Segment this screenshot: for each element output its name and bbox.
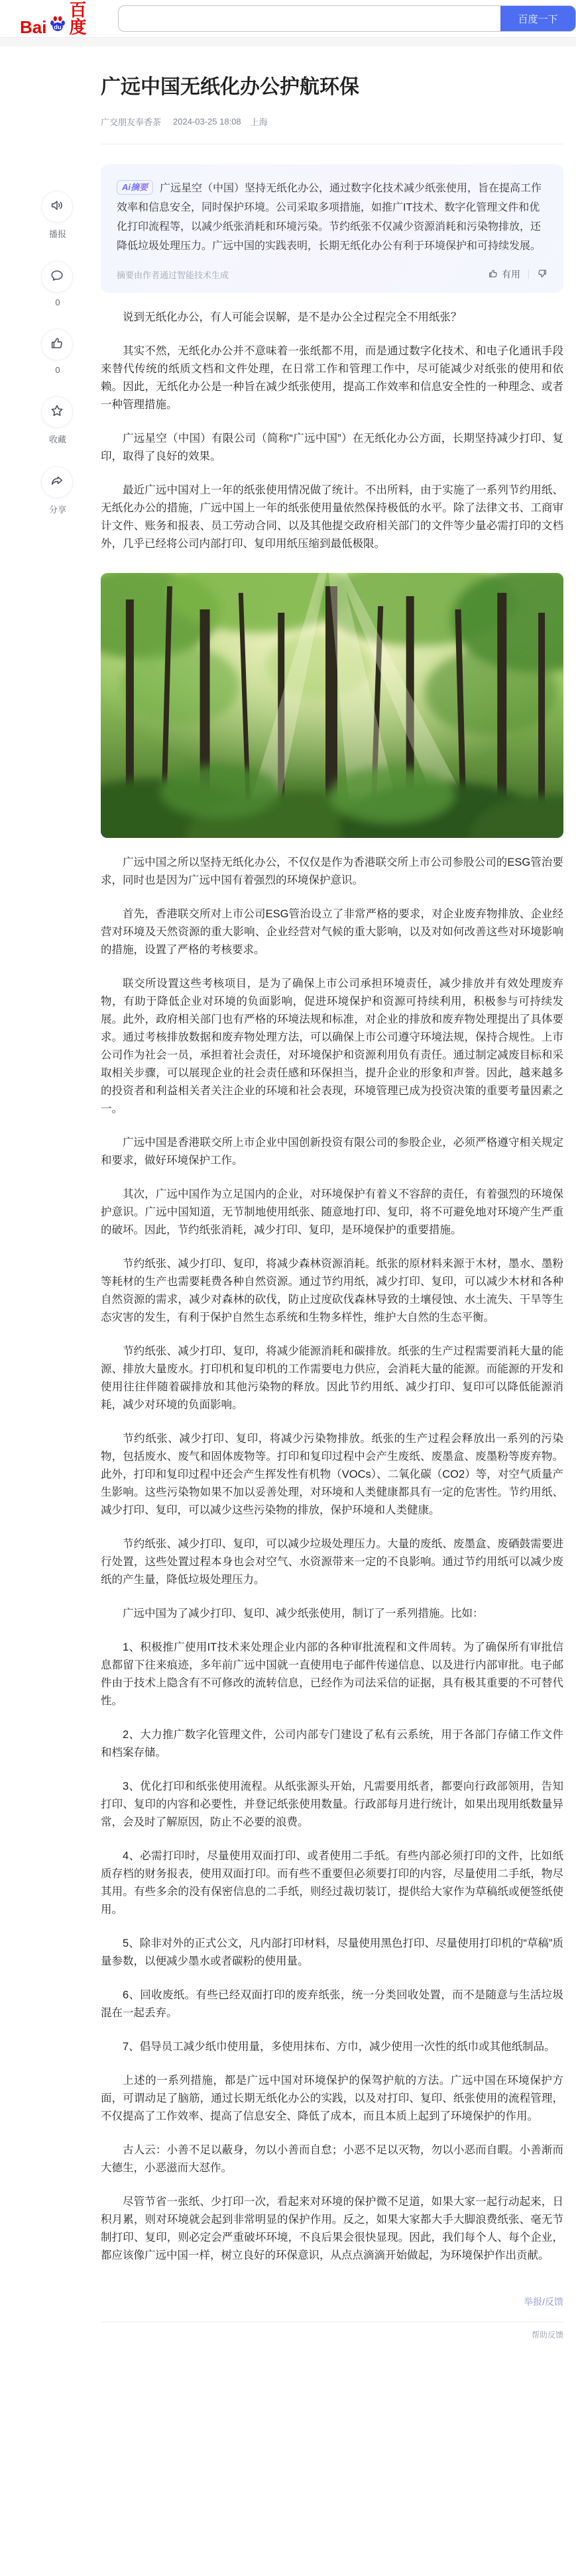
comment-button[interactable] [41,261,73,293]
article-paragraph: 广远中国之所以坚持无纸化办公，不仅仅是作为香港联交所上市公司参股公司的ESG管治… [101,854,563,890]
thumbs-up-small-icon [488,268,498,281]
article-paragraph: 联交所设置这些考核项目，是为了确保上市公司承担环境责任，减少排放并有效处理废弃物… [101,975,563,1118]
paragraphs-after-image: 广远中国之所以坚持无纸化办公，不仅仅是作为香港联交所上市公司参股公司的ESG管治… [101,854,563,2265]
baidu-logo-cn: 百度 [69,1,102,36]
article-paragraph: 上述的一系列措施，都是广远中国对环境保护的保驾护航的方法。广远中国在环境保护方面… [101,2072,563,2126]
action-share: 分享 [41,466,74,515]
feedback-separator [528,270,529,279]
article-paragraph: 尽管节省一张纸、少打印一次，看起来对环境的保护微不足道，如果大家一起行动起来，日… [101,2193,563,2265]
title-divider [101,144,563,144]
action-broadcast: 播报 [41,191,74,240]
share-button[interactable] [41,466,73,498]
share-icon [50,474,64,491]
action-comment: 0 [41,261,74,307]
forest-photo [101,573,563,838]
article-paragraph: 广远星空（中国）有限公司（简称“广远中国”）在无纸化办公方面，长期坚持减少打印、… [101,430,563,466]
baidu-logo-bai: Bai [20,19,46,36]
article-paragraph: 古人云：小善不足以蔽身，勿以小善而自怠；小恶不足以灭物，勿以小恶而自暇。小善渐而… [101,2141,563,2177]
article-paragraph: 1、积极推广使用IT技术来处理企业内部的各种审批流程和文件周转。为了确保所有审批… [101,1639,563,1710]
baidu-paw-icon: du [46,14,69,36]
help-feedback-link[interactable]: 帮助反馈 [532,2330,563,2340]
search-button[interactable]: 百度一下 [500,6,575,31]
ai-summary-feedback: 有用 [488,268,547,281]
speaker-icon [50,198,64,216]
article-title: 广远中国无纸化办公护航环保 [101,46,563,101]
comment-count: 0 [41,297,74,307]
paragraphs-before-image: 说到无纸化办公，有人可能会误解，是不是办公全过程完全不用纸张？其实不然，无纸化办… [101,309,563,553]
article-paragraph: 节约纸张、减少打印、复印，将减少能源消耗和碳排放。纸张的生产过程需要消耗大量的能… [101,1343,563,1414]
article-paragraph: 3、优化打印和纸张使用流程。从纸张源头开始，凡需要用纸者，都要向行政部领用，告知… [101,1778,563,1831]
ai-summary-text: 广远星空（中国）坚持无纸化办公，通过数字化技术减少纸张使用，旨在提高工作效率和信… [117,183,542,252]
page: Bai du 百度 百度一下 [0,0,576,2350]
article-action-bar: 播报 0 0 [41,191,74,537]
action-favorite: 收藏 [41,396,74,445]
like-count: 0 [41,365,74,375]
report-feedback-link[interactable]: 举报/反馈 [524,2296,563,2307]
publish-datetime: 2024-03-25 18:08 [173,117,241,127]
article-paragraph: 5、除非对外的正式公文，凡内部打印材料，尽量使用黑色打印、尽量使用打印机的“草稿… [101,1935,563,1971]
ai-summary-card: Ai摘要广远星空（中国）坚持无纸化办公，通过数字化技术减少纸张使用，旨在提高工作… [101,164,563,293]
article-paragraph: 节约纸张、减少打印、复印，可以减少垃圾处理压力。大量的废纸、废墨盒、废硒鼓需要进… [101,1535,563,1589]
report-row: 举报/反馈 [101,2295,563,2308]
action-like: 0 [41,329,74,375]
article-paragraph: 首先，香港联交所对上市公司ESG管治设立了非常严格的要求，对企业废弃物排放、企业… [101,905,563,959]
baidu-search-header: Bai du 百度 百度一下 [0,0,576,37]
page-footer: 帮助反馈 [0,2322,576,2350]
article-paragraph: 说到无纸化办公，有人可能会误解，是不是办公全过程完全不用纸张？ [101,309,563,327]
ai-summary-footer: 摘要由作者通过智能技术生成 有用 [117,268,547,281]
thumbs-up-icon [50,336,64,354]
article-paragraph: 其次，广远中国作为立足国内的企业，对环境保护有着义不容辞的责任，有着强烈的环境保… [101,1186,563,1239]
article-paragraph: 广远中国是香港联交所上市企业中国创新投资有限公司的参股企业，必须严格遵守相关规定… [101,1134,563,1170]
article-paragraph: 6、回收废纸。有些已经双面打印的废弃纸张，统一分类回收处置，而不是随意与生活垃圾… [101,1986,563,2022]
like-button[interactable] [41,329,73,360]
article-container: 广远中国无纸化办公护航环保 广交朋友奉香茶 2024-03-25 18:08 上… [0,46,576,2322]
publish-location: 上海 [251,115,268,128]
article-paragraph: 节约纸张、减少打印、复印，将减少森林资源消耗。纸张的原材料来源于木材，墨水、墨粉… [101,1255,563,1327]
article-paragraph: 其实不然，无纸化办公并不意味着一张纸都不用，而是通过数字化技术、和电子化通讯手段… [101,342,563,414]
header-divider-band [0,37,576,46]
article-body: 说到无纸化办公，有人可能会误解，是不是办公全过程完全不用纸张？其实不然，无纸化办… [101,309,563,2265]
broadcast-label: 播报 [41,227,74,240]
ai-summary-badge: Ai摘要 [117,180,153,195]
thumbs-down-small-icon [537,268,547,281]
ai-summary-footnote: 摘要由作者通过智能技术生成 [117,268,229,281]
article-paragraph: 节约纸张、减少打印、复印，将减少污染物排放。纸张的生产过程会释放出一系列的污染物… [101,1430,563,1520]
article-meta: 广交朋友奉香茶 2024-03-25 18:08 上海 [101,115,563,128]
svg-text:du: du [54,24,62,30]
baidu-logo[interactable]: Bai du 百度 [20,1,102,36]
search-input[interactable] [119,6,500,31]
article-paragraph: 7、倡导员工减少纸巾使用量，多使用抹布、方巾，减少使用一次性的纸巾或其他纸制品。 [101,2038,563,2056]
search-bar: 百度一下 [118,5,576,32]
favorite-label: 收藏 [41,433,74,445]
article-paragraph: 4、必需打印时，尽量使用双面打印、或者使用二手纸。有些内部必须打印的文件，比如纸… [101,1847,563,1919]
favorite-button[interactable] [41,396,73,428]
author-name[interactable]: 广交朋友奉香茶 [101,115,161,128]
article-paragraph: 最近广远中国对上一年的纸张使用情况做了统计。不出所料，由于实施了一系列节约用纸、… [101,482,563,553]
article-paragraph: 广远中国为了减少打印、复印、减少纸张使用，制订了一系列措施。比如： [101,1605,563,1623]
forest-photo-graphic [101,573,563,838]
share-label: 分享 [41,503,74,515]
useful-label: 有用 [502,268,520,281]
useful-button[interactable]: 有用 [488,268,520,281]
ai-summary-text-block: Ai摘要广远星空（中国）坚持无纸化办公，通过数字化技术减少纸张使用，旨在提高工作… [117,179,547,256]
star-icon [50,403,64,421]
not-useful-button[interactable] [537,268,547,281]
article-paragraph: 2、大力推广数字化管理文件，公司内部专门建设了私有云系统，用于各部门存储工作文件… [101,1726,563,1762]
comment-icon [50,268,64,286]
broadcast-button[interactable] [41,191,73,223]
